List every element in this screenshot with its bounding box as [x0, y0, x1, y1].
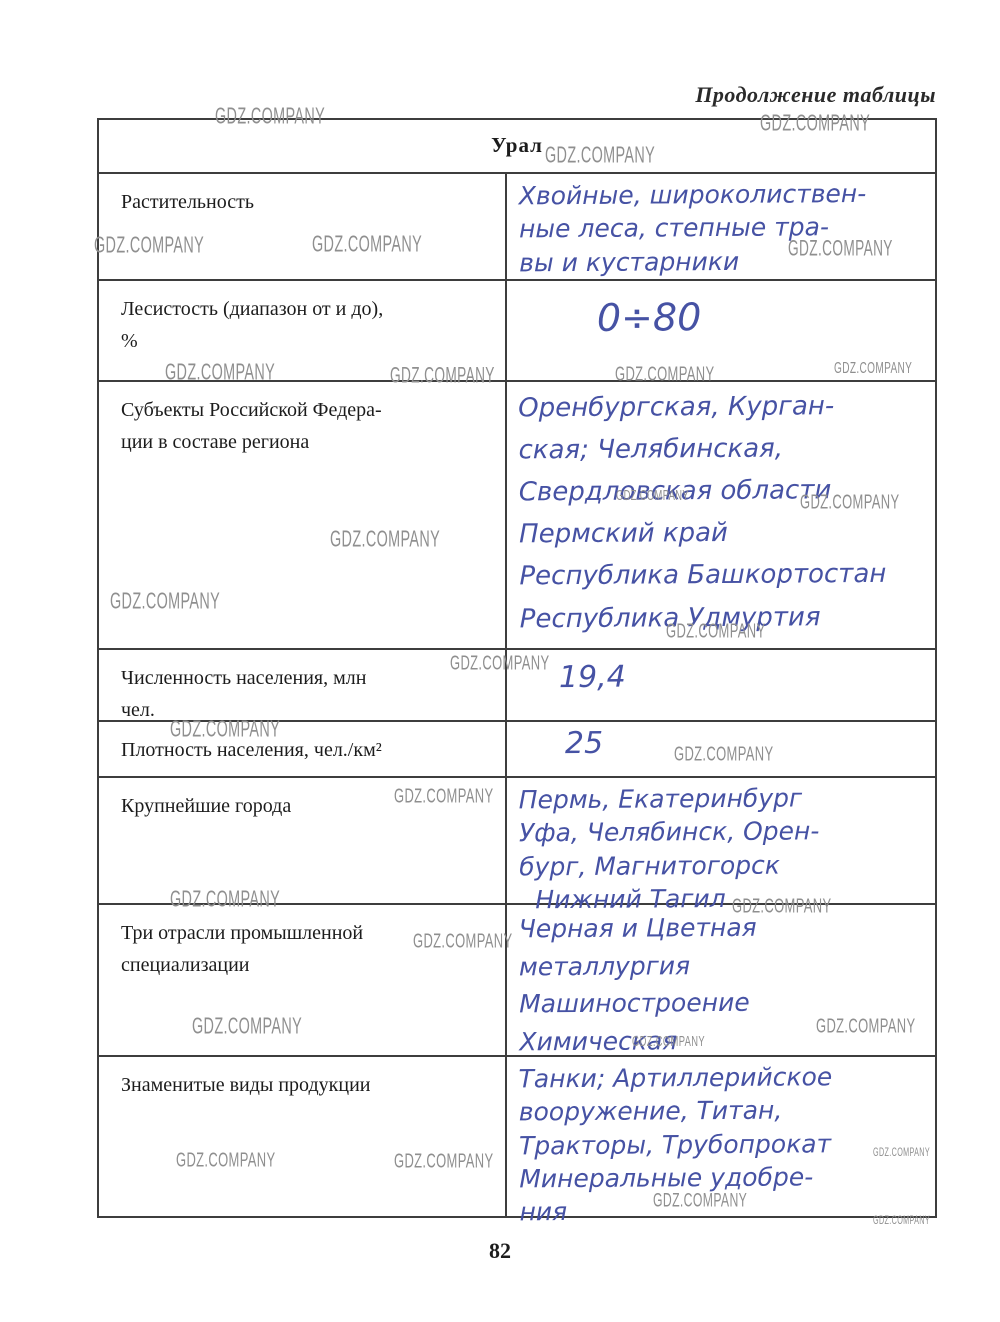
region-title: Урал [491, 133, 543, 158]
table-row-largest-cities: Крупнейшие города Пермь, Екатеринбург Уф… [99, 776, 935, 903]
row-label: Три отрасли промышленной специализации [99, 905, 507, 1055]
table-row-population: Численность населения, млн чел. 19,4 [99, 648, 935, 720]
table-continuation-caption: Продолжение таблицы [695, 82, 936, 108]
row-label: Знаменитые виды продукции [99, 1057, 507, 1216]
handwritten-answer: Хвойные, широколиствен- ные леса, степны… [507, 172, 936, 280]
table-row-forest-cover: Лесистость (диапазон от и до), % 0÷80 [99, 279, 935, 380]
handwritten-answer: 19,4 [507, 649, 935, 722]
row-label: Растительность [99, 174, 507, 279]
row-label: Крупнейшие города [99, 778, 507, 903]
table-row-famous-products: Знаменитые виды продукции Танки; Артилле… [99, 1055, 935, 1216]
table-row-population-density: Плотность населения, чел./км² 25 [99, 720, 935, 776]
handwritten-answer: Черная и Цветная металлургия Машинострое… [506, 904, 935, 1057]
row-label: Лесистость (диапазон от и до), % [99, 281, 507, 380]
handwritten-answer: 0÷80 [507, 279, 936, 381]
page-number: 82 [0, 1238, 1000, 1264]
handwritten-answer: Танки; Артиллерийское вооружение, Титан,… [506, 1056, 935, 1218]
region-table: Урал Растительность Хвойные, широколиств… [97, 118, 937, 1218]
table-row-federal-subjects: Субъекты Российской Федера- ции в состав… [99, 380, 935, 648]
row-label: Плотность населения, чел./км² [99, 722, 507, 776]
table-row-industry-specialization: Три отрасли промышленной специализации Ч… [99, 903, 935, 1055]
table-header-row: Урал [99, 120, 935, 172]
table-row-vegetation: Растительность Хвойные, широколиствен- н… [99, 172, 935, 279]
scanned-page: Продолжение таблицы Урал Растительность … [0, 0, 1000, 1322]
row-label: Численность населения, млн чел. [99, 650, 507, 720]
handwritten-answer: Оренбургская, Курган- ская; Челябинская,… [506, 381, 936, 650]
row-label: Субъекты Российской Федера- ции в состав… [99, 382, 507, 648]
handwritten-answer: Пермь, Екатеринбург Уфа, Челябинск, Орен… [507, 777, 936, 905]
handwritten-answer: 25 [507, 721, 935, 778]
